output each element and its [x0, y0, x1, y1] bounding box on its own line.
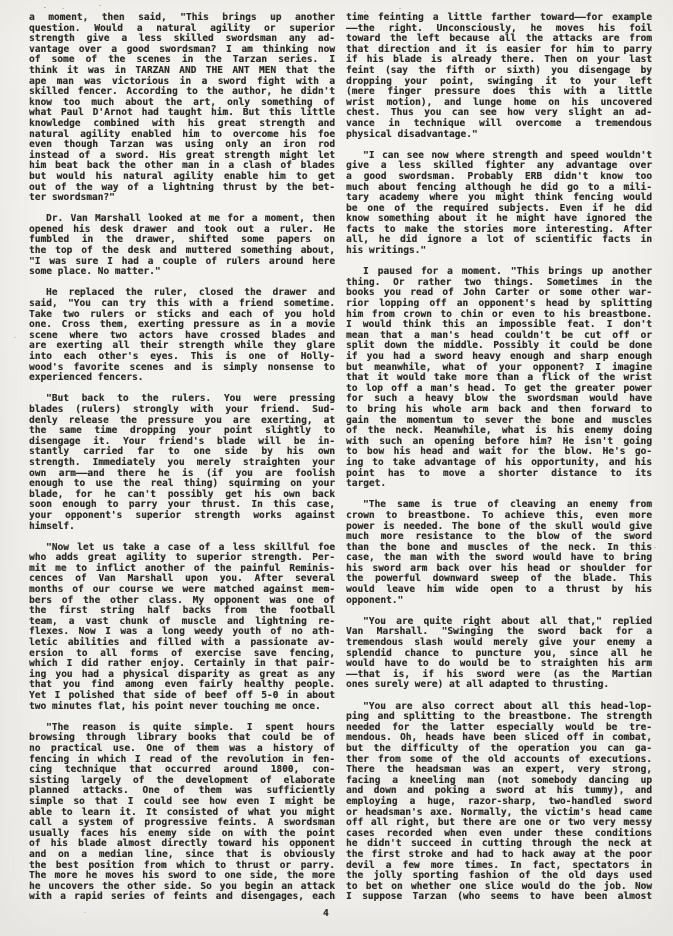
scanned-page: a moment, then said, "This brings up ano… [0, 0, 673, 936]
paragraph: "You are quite right about all that," re… [346, 617, 652, 691]
paragraph: "You are also correct about all this hea… [346, 702, 652, 903]
paragraph: Dr. Van Marshall looked at me for a mome… [29, 214, 335, 278]
paragraph: a moment, then said, "This brings up ano… [29, 13, 335, 204]
text-line: and on a median line, since that is obvi… [29, 850, 335, 861]
text-line: the first stroke and had to hack away at… [346, 850, 652, 861]
text-line: opponent." [346, 596, 652, 607]
text-line: a good swordsman. Probably ERB didn't kn… [346, 172, 652, 183]
text-line: his writings." [346, 246, 652, 257]
paragraph: time feinting a little farther toward——f… [346, 13, 652, 140]
text-line: blades (rulers) strongly with your frien… [29, 405, 335, 416]
text-line: experienced fencers. [29, 373, 335, 384]
text-line: strength. Immediately you merely straigh… [29, 458, 335, 469]
text-line: physical disadvantage." [346, 130, 652, 141]
text-line: employing a huge, razor-sharp, two-handl… [346, 797, 652, 808]
text-line: a moment, then said, "This brings up ano… [29, 13, 335, 24]
text-line: but the difficulty of the operation you … [346, 744, 652, 755]
text-line: your opponent's superior strength works … [29, 511, 335, 522]
paragraph: "But back to the rulers. You were pressi… [29, 394, 335, 532]
paragraph: "Now let us take a case of a less skillf… [29, 543, 335, 713]
text-line: himself. [29, 522, 335, 533]
page-number: 4 [323, 908, 329, 919]
text-line: ing to take advantage of his opportunity… [346, 458, 652, 469]
text-line: but would his natural agility enable him… [29, 172, 335, 183]
text-line: into each other's eyes. This is one of H… [29, 352, 335, 363]
text-line: crown to breastbone. To achieve this, ev… [346, 511, 652, 522]
paragraph: "The reason is quite simple. I spent hou… [29, 723, 335, 903]
paragraph: He replaced the ruler, closed the drawer… [29, 288, 335, 383]
text-line: to bring his whole arm back and then for… [346, 405, 652, 416]
text-column-right: time feinting a little farther toward——f… [346, 13, 652, 913]
paragraph: "I can see now where strength and speed … [346, 151, 652, 257]
text-line: feint (say the fifth or sixth) you disen… [346, 66, 652, 77]
paragraph: "The same is true of cleaving an enemy f… [346, 500, 652, 606]
text-line: target. [346, 479, 652, 490]
paragraph: I paused for a moment. "This brings up a… [346, 267, 652, 489]
text-line: think it was in TARZAN AND THE ANT MEN t… [29, 66, 335, 77]
text-line: two minutes flat, his point never touchi… [29, 702, 335, 713]
text-line: ter swordsman?" [29, 193, 335, 204]
text-line: simple so that I could see how even I mi… [29, 797, 335, 808]
text-line: I suppose Tarzan (who seems to have been… [346, 892, 652, 903]
text-line: point has to move a shorter distance to … [346, 469, 652, 480]
text-line: no practical use. One of them was a hist… [29, 744, 335, 755]
text-line: Yet I polished that side of beef off 5-0… [29, 691, 335, 702]
text-line: vance in technique will overcome a treme… [346, 119, 652, 130]
text-line: with a rapid series of feints and diseng… [29, 892, 335, 903]
text-line: ones surely were) at all adapted to thru… [346, 680, 652, 691]
text-column-left: a moment, then said, "This brings up ano… [29, 13, 335, 913]
text-line: some place. No matter." [29, 267, 335, 278]
text-line: knowledge combined with his great streng… [29, 119, 335, 130]
text-line: time feinting a little farther toward——f… [346, 13, 652, 24]
text-line: if you had a sword heavy enough and shar… [346, 352, 652, 363]
